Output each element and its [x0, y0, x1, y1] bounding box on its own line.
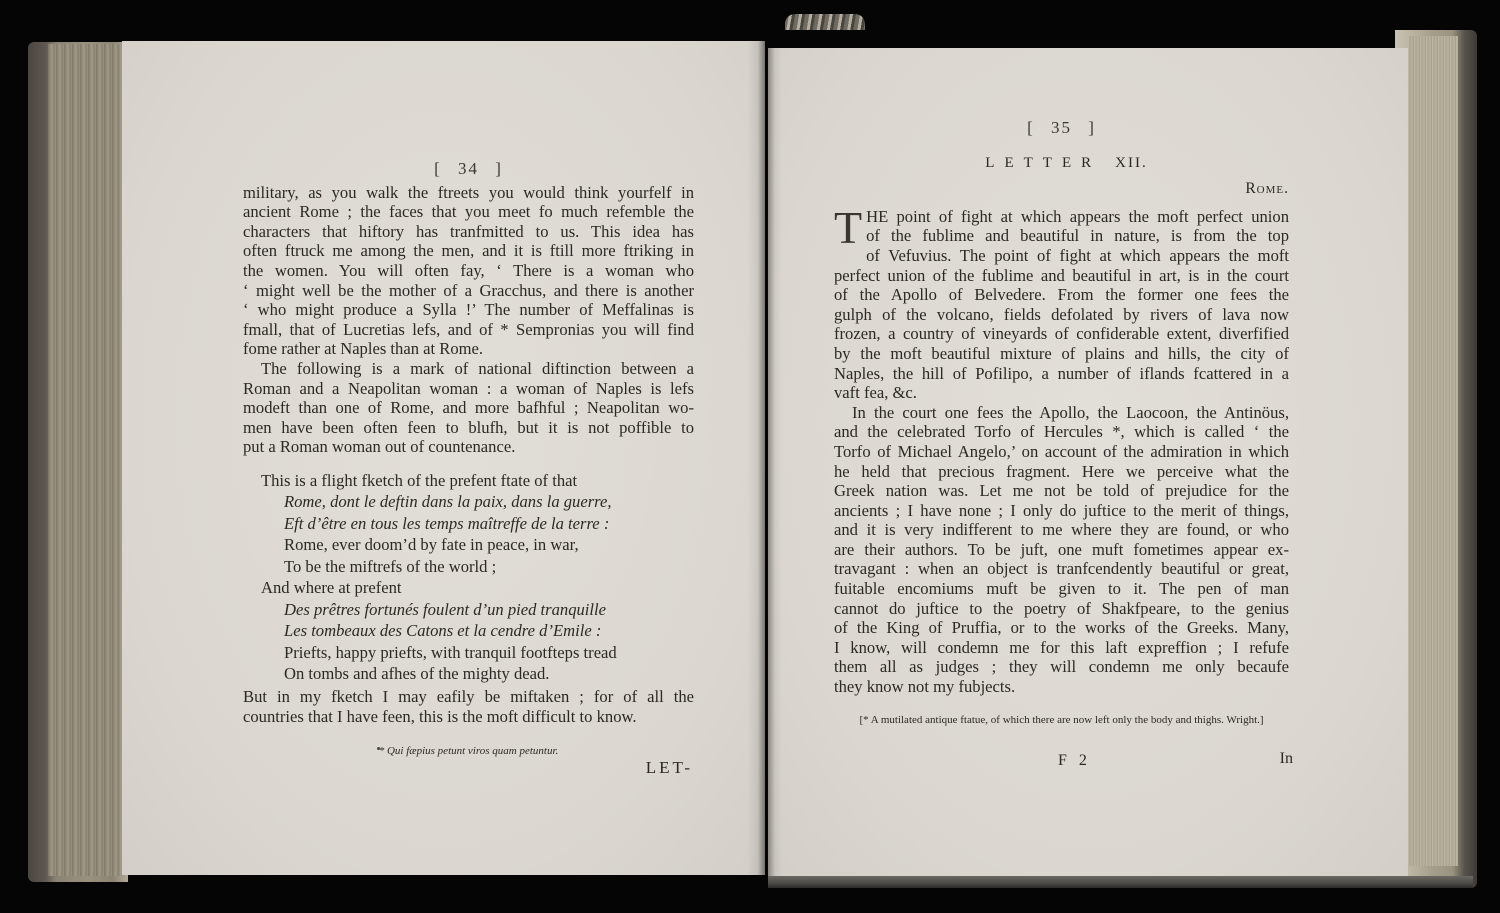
paragraph: military, as you walk the ftreets you wo…: [243, 183, 694, 359]
text-line: ‘ might well be the mother of a Gracchus…: [243, 281, 694, 301]
verse-line-french: Rome, dont le deftin dans la paix, dans …: [243, 491, 694, 513]
text-line: Naples, the hill of Pofilipo, a number o…: [834, 364, 1289, 384]
text-line: by the moft beautiful mixture of plains …: [834, 344, 1289, 364]
text-line: the women. You will often fay, ‘ There i…: [243, 261, 694, 281]
signature-mark: F 2: [1058, 752, 1091, 770]
verse-line-french: Des prêtres fortunés foulent d’un pied t…: [243, 599, 694, 621]
letter-title: LETTER: [985, 155, 1101, 171]
gutter-shadow: [768, 48, 782, 876]
verse-line-english: To be the miftrefs of the world ;: [243, 556, 694, 578]
text-line: them all as judges ; they will condemn m…: [834, 657, 1289, 677]
page-edges-left: [48, 44, 120, 876]
text-line: and it is very indifferent to me where t…: [834, 520, 1289, 540]
verse-line-french: Les tombeaux des Catons et la cendre d’E…: [243, 620, 694, 642]
paper-speck: [377, 747, 380, 750]
text-line: Roman and a Neapolitan woman : a woman o…: [243, 379, 694, 399]
letter-number: XII.: [1115, 155, 1148, 171]
paragraph: But in my fketch I may eafily be miftake…: [243, 687, 694, 726]
right-page-text: [ 35 ] LETTERXII. Rome. T HE point of fi…: [834, 120, 1289, 730]
drop-cap: T: [834, 209, 862, 247]
verse-line-english: On tombs and afhes of the mighty dead.: [243, 663, 694, 685]
text-line: But in my fketch I may eafily be miftake…: [243, 687, 694, 707]
paragraph: T HE point of fight at which appears the…: [834, 207, 1289, 403]
place-heading: Rome.: [834, 179, 1289, 199]
footnote: [* A mutilated antique ftatue, of which …: [834, 711, 1289, 731]
text-line: men have been often feen to blufh, but i…: [243, 418, 694, 438]
text-line: military, as you walk the ftreets you wo…: [243, 183, 694, 203]
text-line: Torfo of Michael Angelo,’ on account of …: [834, 442, 1289, 462]
verse-line: This is a flight fketch of the prefent f…: [243, 470, 694, 492]
paragraph: The following is a mark of national dift…: [243, 359, 694, 457]
left-page: [ 34 ] military, as you walk the ftreets…: [122, 41, 765, 875]
page-edges-right: [1408, 36, 1458, 866]
text-line: and the celebrated Torfo of Hercules *, …: [834, 422, 1289, 442]
text-line: often ftruck me among the men, and it is…: [243, 241, 694, 261]
verse-line-english: Priefts, happy priefts, with tranquil fo…: [243, 642, 694, 664]
text-line: ‘ who might produce a Sylla !’ The numbe…: [243, 300, 694, 320]
text-line: put a Roman woman out of countenance.: [243, 437, 694, 457]
text-line: they know not my fubjects.: [834, 677, 1289, 697]
text-line: of the fublime and beautiful in nature, …: [834, 226, 1289, 246]
right-page: [ 35 ] LETTERXII. Rome. T HE point of fi…: [768, 48, 1408, 876]
letter-heading: LETTERXII.: [834, 154, 1289, 174]
text-line: are their authors. To be juft, one muft …: [834, 540, 1289, 560]
page-number: [ 35 ]: [834, 118, 1289, 138]
footnote: * Qui fæpius petunt viros quam petuntur.: [243, 742, 694, 762]
text-line: ancients ; I have none ; I only do jufti…: [834, 501, 1289, 521]
text-line: characters that hiftory has tranfmitted …: [243, 222, 694, 242]
text-line: fome rather at Naples than at Rome.: [243, 339, 694, 359]
text-line: countries that I have feen, this is the …: [243, 707, 694, 727]
page-number: [ 34 ]: [243, 159, 694, 179]
catchword: LET-: [646, 758, 693, 778]
text-line: Greek nation was. Let me not be told of …: [834, 481, 1289, 501]
headband-icon: [785, 14, 865, 30]
text-line: travagant : when an object is tranfcende…: [834, 559, 1289, 579]
book-cover-bottom-edge: [768, 876, 1473, 888]
text-line: I know, will condemn me for this laft ex…: [834, 638, 1289, 658]
text-line: modeft than one of Rome, and more bafhfu…: [243, 398, 694, 418]
text-line: In the court one fees the Apollo, the La…: [834, 403, 1289, 423]
text-line: fmall, that of Lucretias lefs, and of * …: [243, 320, 694, 340]
text-line: cannot do juftice to the poetry of Shakf…: [834, 599, 1289, 619]
left-page-text: [ 34 ] military, as you walk the ftreets…: [243, 159, 694, 762]
text-line: of the King of Pruffia, or to the works …: [834, 618, 1289, 638]
text-line: of Vefuvius. The point of fight at which…: [834, 246, 1289, 266]
text-line: ancient Rome ; the faces that you meet f…: [243, 202, 694, 222]
text-line: gulph of the volcano, fields defolated b…: [834, 305, 1289, 325]
verse-line: And where at prefent: [243, 577, 694, 599]
text-line: frozen, a country of vineyards of confid…: [834, 324, 1289, 344]
text-line: vaft fea, &c.: [834, 383, 1289, 403]
text-line: he held that precious fragment. Here we …: [834, 462, 1289, 482]
text-line: of the Apollo of Belvedere. From the for…: [834, 285, 1289, 305]
text-line: perfect union of the fublime and beautif…: [834, 266, 1289, 286]
verse-line-english: Rome, ever doom’d by fate in peace, in w…: [243, 534, 694, 556]
verse-quotation: This is a flight fketch of the prefent f…: [243, 470, 694, 685]
gutter-shadow: [747, 41, 765, 875]
text-line: fuitable encomiums muft be given to it. …: [834, 579, 1289, 599]
text-line: The following is a mark of national dift…: [243, 359, 694, 379]
paragraph: In the court one fees the Apollo, the La…: [834, 403, 1289, 697]
catchword: In: [1280, 750, 1293, 768]
text-line: HE point of fight at which appears the m…: [834, 207, 1289, 227]
verse-line-french: Eft d’être en tous les temps maîtreffe d…: [243, 513, 694, 535]
